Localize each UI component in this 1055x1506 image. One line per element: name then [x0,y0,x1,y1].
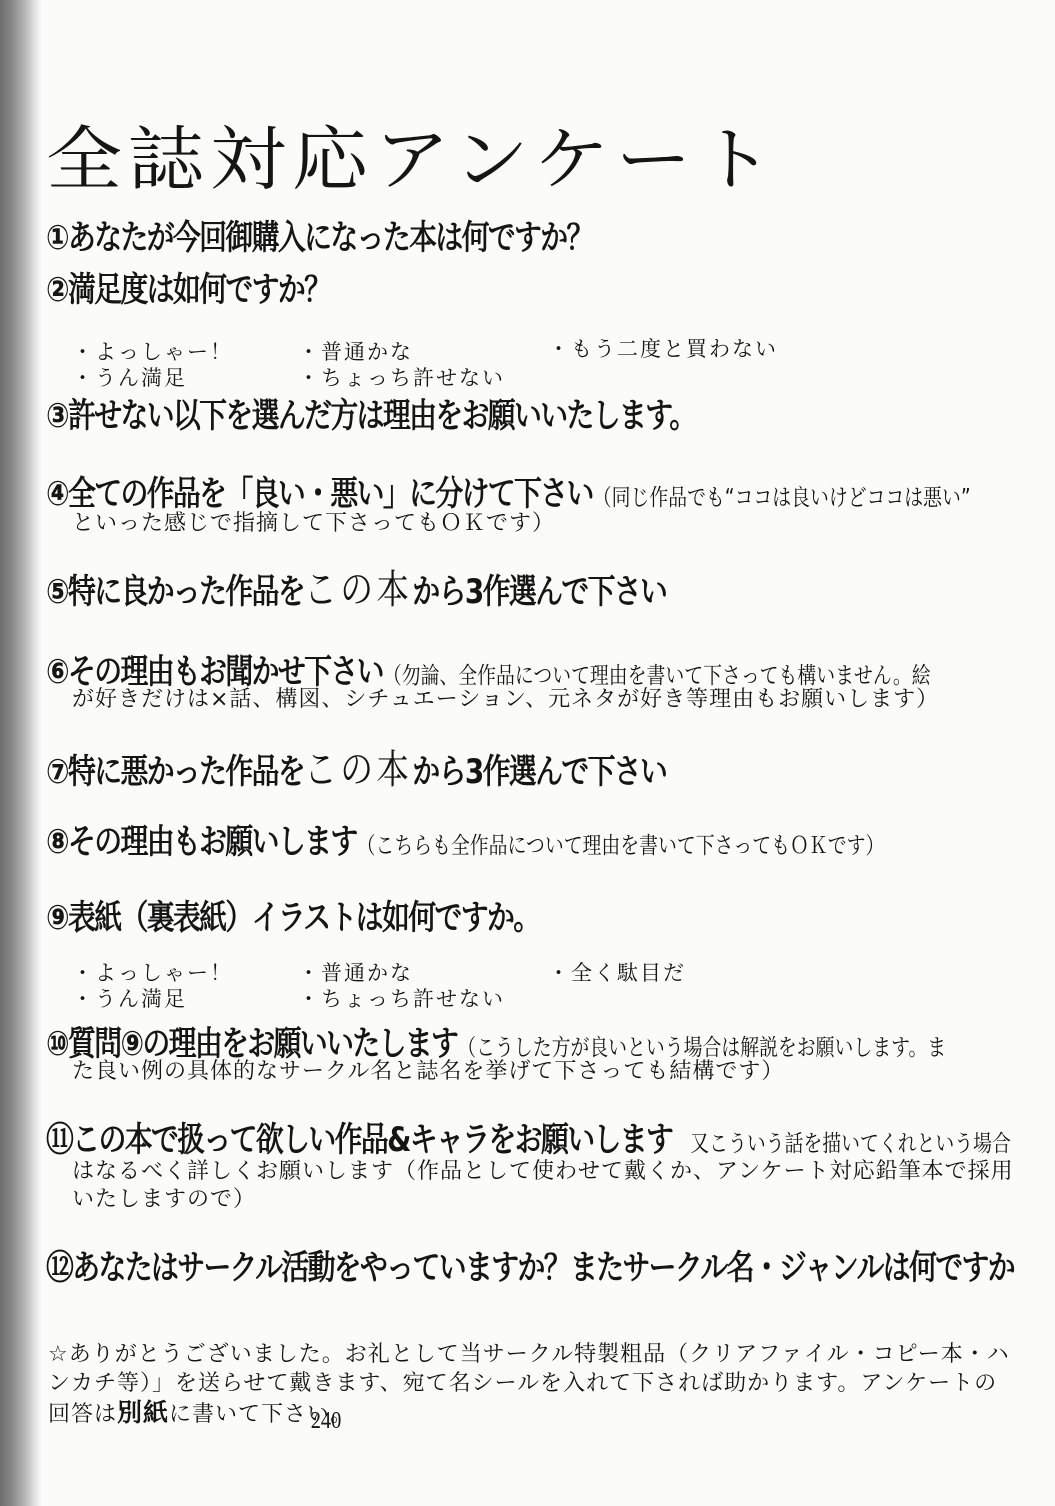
closing-note-line-2: ンカチ等）」を送らせて戴きます、宛て名シールを入れて下されば助かります。アンケー… [48,1369,1038,1398]
question-text: 許せない以下を選んだ方は理由をお願いいたします。 [68,396,696,436]
option-futsuu: ・普通かな [298,960,413,986]
question-number: ⑫ [46,1248,72,1288]
question-7: ⑦特に悪かった作品をこの本から3作選んで下さい [46,750,666,792]
question-number: ⑪ [46,1120,72,1160]
emphasis-bessi: 別紙 [117,1398,169,1427]
question-number: ⑥ [46,652,68,692]
question-10-note-cont: た良い例の具体的なサークル名と誌名を挙げて下さっても結構です） [72,1058,784,1086]
question-note: 又こういう話を描いてくれという場合 [690,1131,1011,1157]
question-9: ⑨表紙（裏表紙）イラストは如何ですか。 [46,898,539,938]
question-number: ② [46,270,68,310]
page-number: 240 [311,1408,342,1435]
question-3: ③許せない以下を選んだ方は理由をお願いいたします。 [46,396,696,436]
question-5: ⑤特に良かった作品をこの本から3作選んで下さい [46,570,666,612]
question-text: 全ての作品を「良い・悪い」に分けて下さい [68,474,593,514]
emphasis-kono-hon: この本 [304,747,412,793]
option-yossha: ・よっしゃー！ [72,960,233,986]
question-8: ⑧その理由もお願いします（こちらも全作品について理由を書いて下さってもＯＫです） [46,822,884,866]
question-text-cont: から3作選んで下さい [412,752,666,792]
question-6-note-cont: が好きだけは×話、構図、シチュエーション、元ネタが好き等理由もお願いします） [72,686,939,714]
option-yurusenai: ・ちょっち許せない [298,365,505,391]
question-text: 特に悪かった作品を [68,752,304,792]
question-11-note-cont-2: いたしますので） [72,1186,256,1214]
option-mattaku-dame: ・全く駄目だ [548,960,686,986]
question-number: ⑨ [46,898,68,938]
question-11-note-cont: はなるべく詳しくお願いします（作品として使わせて戴くか、アンケート対応鉛筆本で採… [72,1158,1014,1186]
question-2: ②満足度は如何ですか？ [46,270,330,310]
question-12: ⑫あなたはサークル活動をやっていますか？またサークル名・ジャンルは何ですか [46,1248,1014,1288]
question-text: 特に良かった作品を [68,572,304,612]
questionnaire-page: 全誌対応アンケート ①あなたが今回御購入になった本は何ですか？ ②満足度は如何で… [0,0,1055,1506]
question-text: この本で扱って欲しい作品&キャラをお願いします [72,1120,672,1160]
question-number: ④ [46,474,68,514]
option-futsuu: ・普通かな [298,339,413,365]
option-yossha: ・よっしゃー！ [72,339,233,365]
question-text-cont: から3作選んで下さい [412,572,666,612]
option-un-manzoku: ・うん満足 [72,986,187,1012]
question-note: （同じ作品でも“ココは良いけどココは悪い” [593,485,971,511]
option-un-manzoku: ・うん満足 [72,365,187,391]
question-number: ⑦ [46,752,68,792]
option-mou-nidoto: ・もう二度と買わない [548,336,778,362]
question-number: ③ [46,396,68,436]
question-number: ① [46,218,68,258]
question-number: ⑩ [46,1024,68,1064]
closing-note: ☆ありがとうございました。お礼として当サークル特製粗品（クリアファイル・コピー本… [48,1340,1038,1429]
question-1: ①あなたが今回御購入になった本は何ですか？ [46,218,593,258]
question-number: ⑤ [46,572,68,612]
question-text: 表紙（裏表紙）イラストは如何ですか。 [68,898,539,938]
option-yurusenai: ・ちょっち許せない [298,986,505,1012]
question-text: あなたが今回御購入になった本は何ですか？ [68,218,593,258]
closing-text: 回答は [48,1402,117,1427]
page-title: 全誌対応アンケート [46,118,779,201]
question-note: （こちらも全作品について理由を書いて下さってもＯＫです） [357,833,885,859]
question-text: あなたはサークル活動をやっていますか？またサークル名・ジャンルは何ですか [72,1248,1014,1288]
emphasis-kono-hon: この本 [304,567,412,613]
question-4-note-cont: といった感じで指摘して下さってもＯＫです） [72,510,555,538]
closing-note-line-1: ☆ありがとうございました。お礼として当サークル特製粗品（クリアファイル・コピー本… [48,1340,1038,1369]
question-text: その理由もお願いします [68,822,357,862]
question-text: 満足度は如何ですか？ [68,270,330,310]
closing-note-line-3: 回答は別紙に書いて下さい。 [48,1398,1038,1429]
question-number: ⑧ [46,822,68,862]
